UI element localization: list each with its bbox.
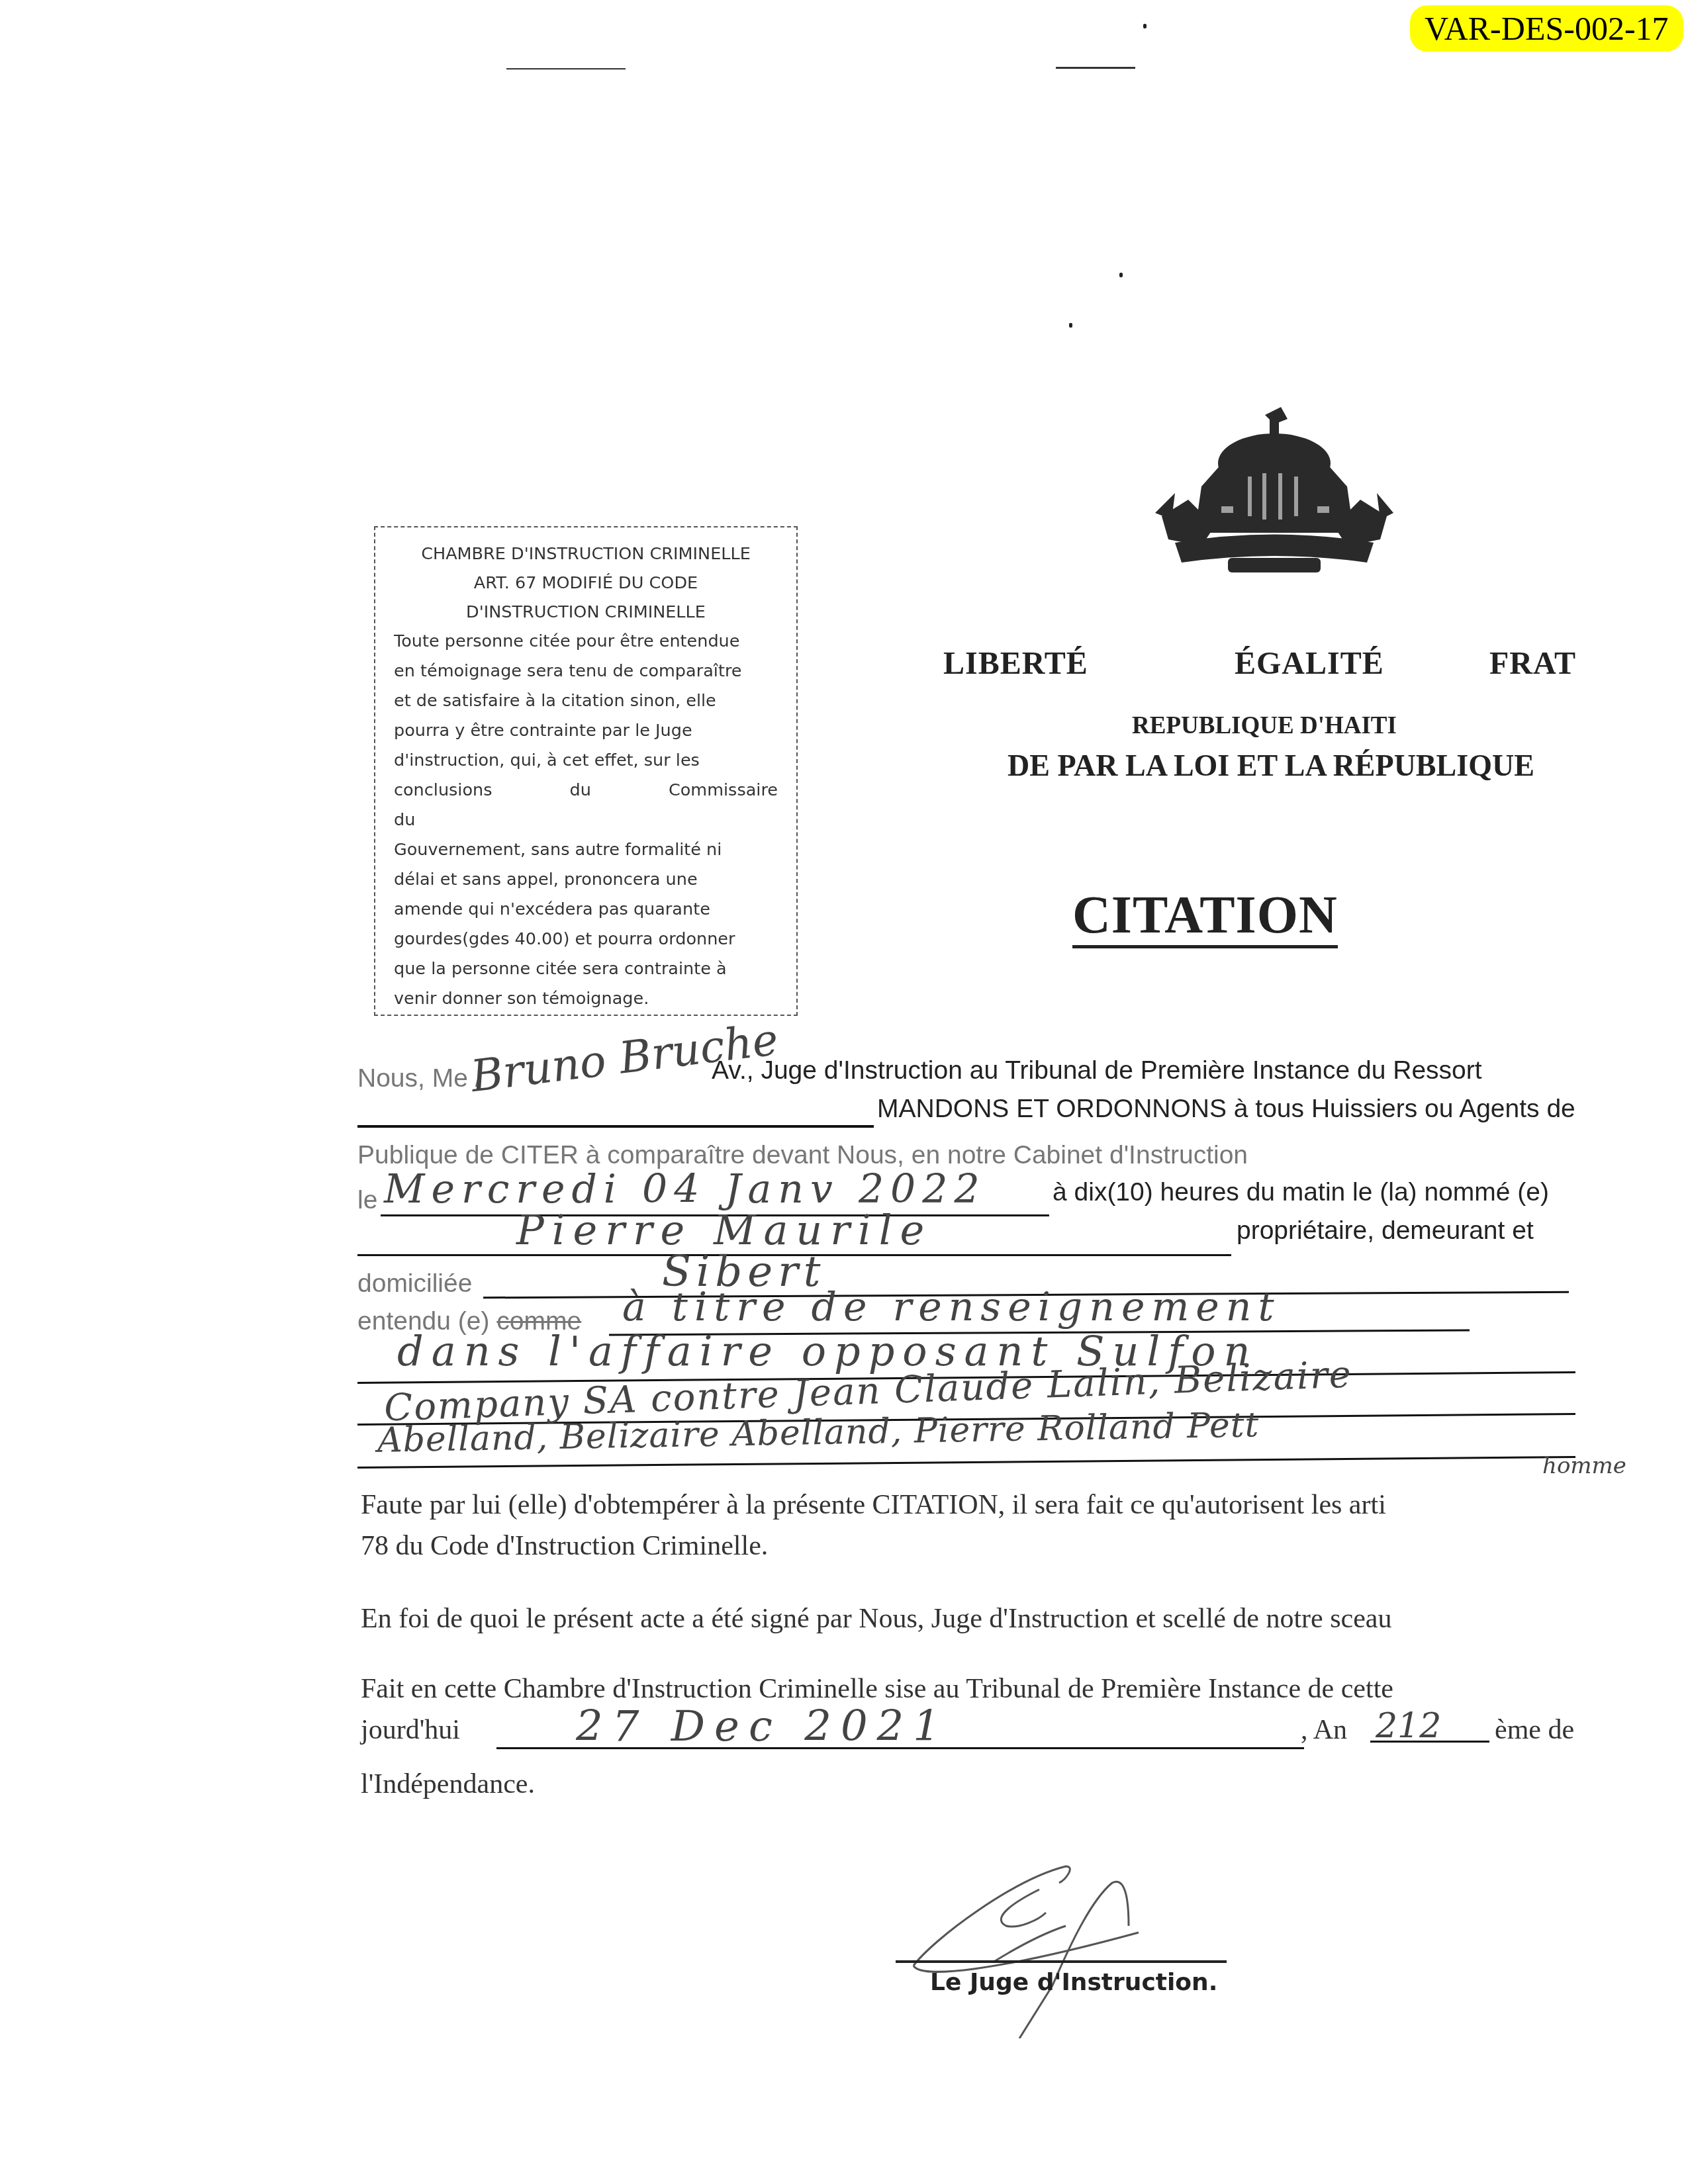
capacity-line-4 [357,1456,1575,1469]
article-67-notice-box: CHAMBRE D'INSTRUCTION CRIMINELLE ART. 67… [374,526,798,1016]
ressort-blank-line [357,1125,874,1128]
motto-egalite: ÉGALITÉ [1235,645,1384,682]
authority-heading: DE PAR LA LOI ET LA RÉPUBLIQUE [1008,748,1577,783]
capacity-overflow-handwritten: homme [1542,1453,1626,1479]
faute-paragraph-line-1: Faute par lui (elle) d'obtempérer à la p… [361,1489,1575,1521]
signature-caption: Le Juge d'Instruction. [930,1969,1217,1996]
fait-paragraph-line-1: Fait en cette Chambre d'Instruction Crim… [361,1673,1575,1705]
article-body: Toute personne citée pour être entendue … [394,627,778,1014]
coat-of-arms-icon [1149,400,1400,586]
le-label: le [357,1186,377,1215]
motto-fraternite: FRAT [1489,645,1575,682]
faute-paragraph-line-2: 78 du Code d'Instruction Criminelle. [361,1530,768,1562]
republic-heading: REPUBLIQUE D'HAITI [1132,711,1397,740]
nous-rest: Av., Juge d'Instruction au Tribunal de P… [712,1056,1482,1085]
independence-year-handwritten: 212 [1376,1706,1441,1746]
jourdhui-label: jourd'hui [361,1714,460,1746]
scan-speck [1069,323,1072,328]
domicile-label: domiciliée [357,1269,472,1298]
mandons-line: MANDONS ET ORDONNONS à tous Huissiers ou… [877,1095,1575,1124]
signature-line [896,1960,1227,1963]
independance-label: l'Indépendance. [361,1768,535,1800]
en-foi-paragraph: En foi de quoi le présent acte a été sig… [361,1603,1575,1635]
proprietaire-label: propriétaire, demeurant et [1237,1216,1534,1246]
motto-liberte: LIBERTÉ [943,645,1088,682]
heure-line: à dix(10) heures du matin le (la) nommé … [1053,1178,1575,1207]
signed-date-handwritten: 27 Dec 2021 [576,1702,949,1751]
eme-label: ème de [1495,1714,1575,1746]
document-id-tag: VAR-DES-002-17 [1410,5,1683,52]
scan-artifact-line [1056,67,1135,69]
capacity-handwritten-1: à titre de renseignement [622,1284,1281,1330]
scan-artifact-line [506,68,626,69]
article-title: CHAMBRE D'INSTRUCTION CRIMINELLE ART. 67… [394,539,778,627]
scan-speck [1119,273,1123,277]
nous-label: Nous, Me / [357,1064,483,1093]
judge-signature-icon [894,1840,1192,2038]
an-label: , An [1301,1714,1347,1746]
document-title: CITATION [1072,887,1338,948]
scan-speck [1143,24,1147,28]
